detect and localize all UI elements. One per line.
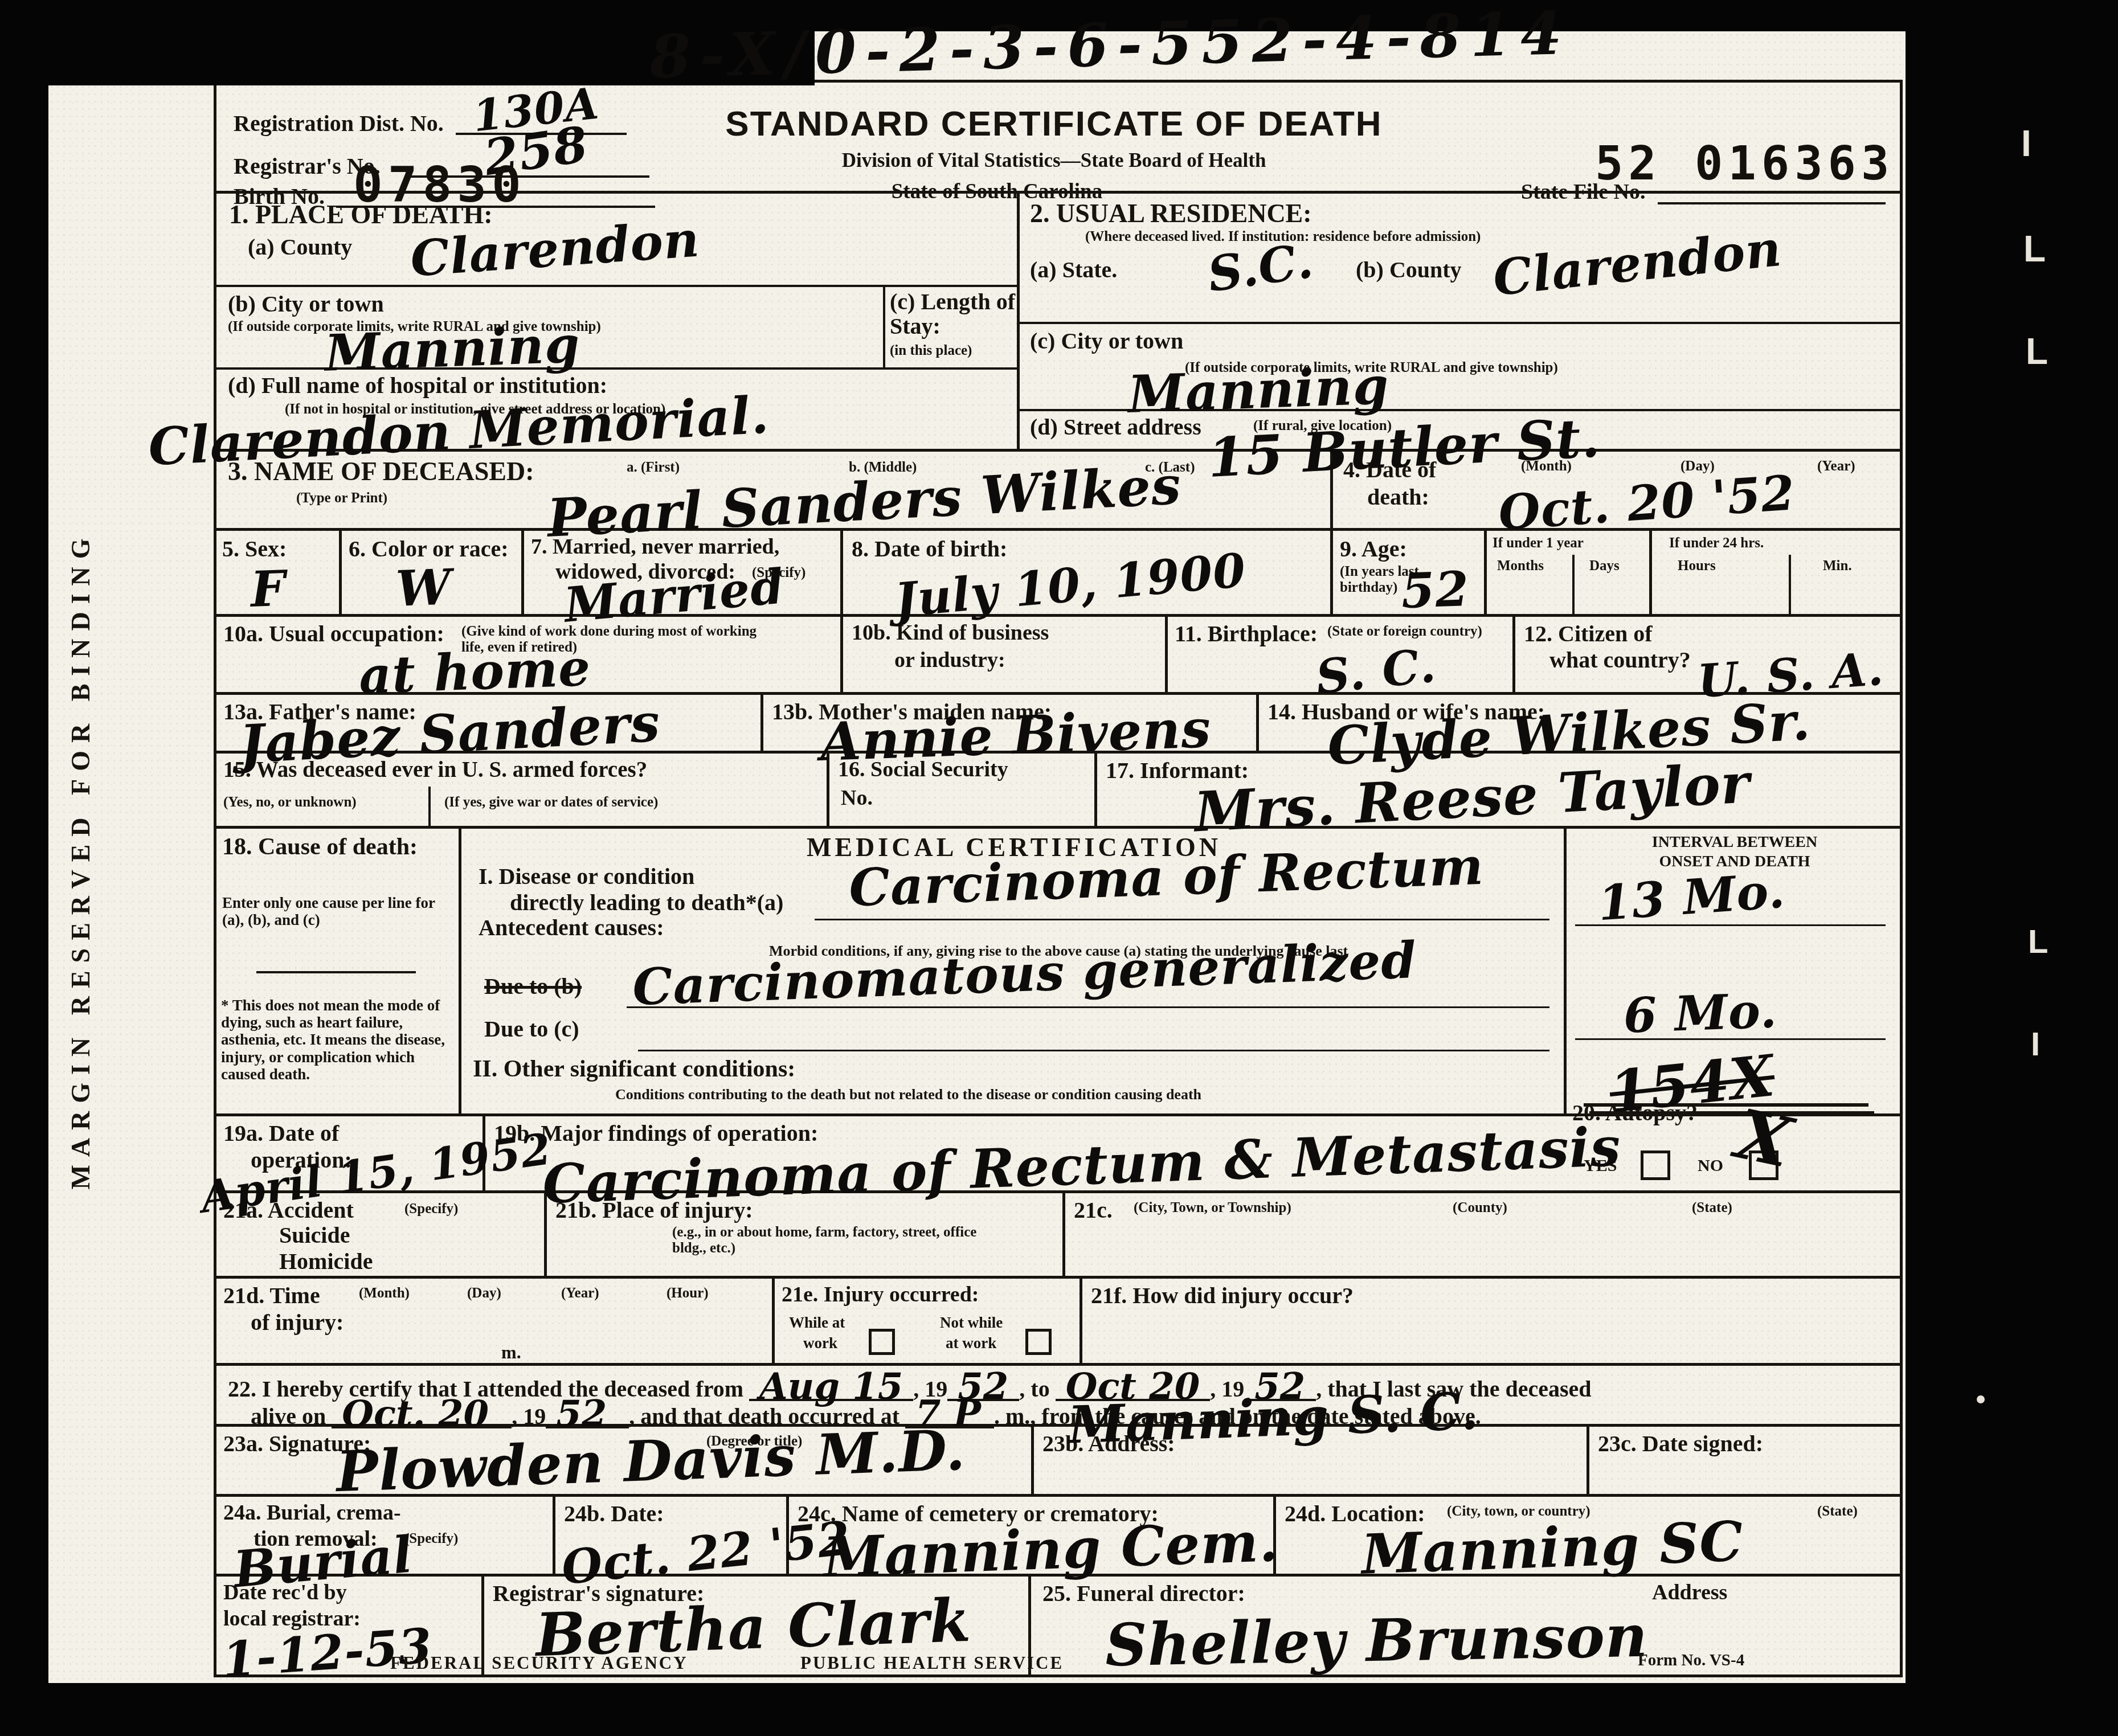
scan-artifact: L <box>2028 923 2048 961</box>
field-age: 9. Age: (In years last birthday) 52 <box>1330 531 1484 614</box>
divider-line <box>216 285 1017 287</box>
armed-forces-note1: (Yes, no, or unknown) <box>223 795 357 810</box>
name-sub: (Type or Print) <box>296 490 387 506</box>
row-name-dateofdeath: 3. NAME OF DECEASED: (Type or Print) a. … <box>216 452 1900 531</box>
hw-alive-on-year: 52 <box>546 1403 629 1428</box>
field-signature: 23a. Signature: (Degree or title) Plowde… <box>216 1427 1031 1494</box>
form-header: Registration Dist. No. 130A Registrar's … <box>216 83 1900 194</box>
row-forces-ssn-informant: 15. Was deceased ever in U. S. armed for… <box>216 754 1900 829</box>
hw-age: 52 <box>1401 565 1470 615</box>
hw-cemetery: Manning Cem. <box>823 1514 1279 1585</box>
how-injury-label: 21f. How did injury occur? <box>1091 1283 1354 1308</box>
injury-month-label: (Month) <box>359 1285 410 1301</box>
hw-burial-location: Manning SC <box>1361 1514 1745 1582</box>
usual-residence-heading: 2. USUAL RESIDENCE: <box>1030 199 1312 228</box>
row-place-residence: 1. PLACE OF DEATH: (a) County Clarendon … <box>216 194 1900 452</box>
field-age-under1: If under 1 year Months Days <box>1484 531 1649 614</box>
ssn-label2: No. <box>841 787 873 810</box>
hw-date-of-death: Oct. 20 '52 <box>1497 469 1797 537</box>
hw-physician-address: Manning S. C. <box>1068 1385 1480 1451</box>
interval-header1: INTERVAL BETWEEN <box>1567 833 1903 851</box>
occupation-label: 10a. Usual occupation: <box>223 621 444 646</box>
scan-artifact: I <box>2021 122 2031 165</box>
scan-artifact: I <box>2031 1025 2040 1063</box>
divider-line <box>1789 555 1791 615</box>
field-citizen: 12. Citizen of what country? U. S. A. <box>1512 617 1900 692</box>
certificate-paper: MARGIN RESERVED FOR BINDING N. B.—WRITE … <box>48 31 1906 1683</box>
margin-binding-text: MARGIN RESERVED FOR BINDING <box>66 219 105 1501</box>
antecedent-label: Antecedent causes: <box>479 915 664 940</box>
row-operation-autopsy: 19a. Date of operation: April 15, 1952 1… <box>216 1116 1900 1193</box>
injury-day-label: (Day) <box>467 1285 501 1301</box>
hw-alive-on: Oct. 20 <box>332 1403 512 1428</box>
not-while-checkbox <box>1025 1329 1052 1355</box>
field-date-signed: 23c. Date signed: <box>1587 1427 1900 1494</box>
field-mother: 13b. Mother's maiden name: Annie Bivens <box>760 695 1256 751</box>
autopsy-yes-checkbox <box>1641 1150 1670 1180</box>
row-occupation-birthplace: 10a. Usual occupation: (Give kind of wor… <box>216 617 1900 695</box>
injury-state-label: (State) <box>1692 1200 1732 1216</box>
citizen-label2: what country? <box>1549 648 1691 672</box>
row-signature: 23a. Signature: (Degree or title) Plowde… <box>216 1427 1900 1497</box>
row-cause-of-death: 18. Cause of death: Enter only one cause… <box>216 829 1900 1116</box>
field-burial-location: 24d. Location: (City, town, or country) … <box>1273 1497 1900 1574</box>
field-major-findings: 19b. Major findings of operation: Carcin… <box>483 1116 1709 1190</box>
row-parents-spouse: 13a. Father's name: Jabez Sanders 13b. M… <box>216 695 1900 754</box>
accident-specify-note: (Specify) <box>404 1201 458 1217</box>
hw-sex: F <box>250 564 287 615</box>
field-date-of-operation: 19a. Date of operation: April 15, 1952 <box>216 1116 483 1190</box>
age-label: 9. Age: <box>1340 537 1407 561</box>
armed-forces-note2: (If yes, give war or dates of service) <box>444 795 658 810</box>
field-autopsy: 20. Autopsy? YES NO X <box>1709 1116 1900 1190</box>
burial-location-state: (State) <box>1817 1504 1858 1520</box>
under24-min-label: Min. <box>1823 558 1852 574</box>
footer-agency: FEDERAL SECURITY AGENCY <box>390 1653 688 1672</box>
form-subtitle: Division of Vital Statistics—State Board… <box>627 150 1481 171</box>
injury-location-label: 21c. <box>1074 1198 1113 1222</box>
field-interval-column: INTERVAL BETWEEN ONSET AND DEATH 13 Mo. … <box>1564 829 1900 1113</box>
field-birthplace: 11. Birthplace: (State or foreign countr… <box>1165 617 1512 692</box>
hw-signature: Plowden Davis M.D. <box>336 1423 967 1501</box>
name-first-label: a. (First) <box>627 460 680 476</box>
field-physician-address: 23b. Address: Manning S. C. <box>1031 1427 1587 1494</box>
scan-artifact: L <box>2026 330 2048 372</box>
homicide-label: Homicide <box>279 1249 373 1274</box>
citizen-label1: 12. Citizen of <box>1524 621 1653 646</box>
hw-place-city: Manning <box>324 319 581 378</box>
field-burial-type: 24a. Burial, crema- tion removal: (Speci… <box>216 1497 553 1574</box>
footer-phs: PUBLIC HEALTH SERVICE <box>800 1653 1064 1672</box>
hw-residence-city: Manning <box>1127 360 1390 420</box>
row-certify-statement: 22. I hereby certify that I attended the… <box>216 1366 1900 1427</box>
burial-specify-note: (Specify) <box>404 1531 458 1547</box>
not-while-label1: Not while <box>940 1314 1003 1331</box>
hw-funeral-director: Shelley Brunson <box>1105 1607 1648 1675</box>
residence-city-label: (c) City or town <box>1030 329 1183 353</box>
injury-year-label: (Year) <box>561 1285 599 1301</box>
medcert-i-label2: directly leading to death*(a) <box>510 890 783 915</box>
injury-hour-label: (Hour) <box>667 1285 709 1301</box>
birthplace-note: (State or foreign country) <box>1327 624 1482 640</box>
funeral-address-label: Address <box>1652 1581 1727 1604</box>
field-place-of-death: 1. PLACE OF DEATH: (a) County Clarendon … <box>216 194 1017 449</box>
field-age-under24: If under 24 hrs. Hours Min. <box>1649 531 1900 614</box>
date-of-death-label2: death: <box>1367 485 1429 509</box>
burial-date-label: 24b. Date: <box>564 1501 664 1526</box>
dueto-c-label: Due to (c) <box>484 1017 579 1041</box>
divider-line <box>428 787 431 829</box>
dueto-b-label: Due to (b) <box>484 974 582 998</box>
hw-cause-b: Carcinomatous generalized <box>632 935 1417 1012</box>
divider-line <box>638 1050 1549 1051</box>
stamp-birth-no: 07830 <box>353 157 526 214</box>
field-medical-certification: MEDICAL CERTIFICATION I. Disease or cond… <box>459 829 1564 1113</box>
while-at-work-label2: work <box>803 1334 837 1352</box>
hw-informant: Mrs. Reese Taylor <box>1193 756 1751 840</box>
reg-dist-label: Registration Dist. No. <box>234 111 444 136</box>
place-county-label: (a) County <box>248 235 352 259</box>
residence-state-label: (a) State. <box>1030 257 1117 282</box>
place-city-label: (b) City or town <box>228 292 384 316</box>
under1-months-label: Months <box>1497 558 1544 574</box>
autopsy-no-label: NO <box>1698 1156 1723 1176</box>
field-cause-sidebar: 18. Cause of death: Enter only one cause… <box>216 829 459 1113</box>
injury-city-label: (City, Town, or Township) <box>1134 1200 1291 1216</box>
field-funeral-director: 25. Funeral director: Address Shelley Br… <box>1028 1577 1900 1674</box>
scan-artifact <box>1977 1395 1985 1403</box>
field-color-race: 6. Color or race: W <box>339 531 521 614</box>
injury-county-label: (County) <box>1453 1200 1507 1216</box>
place-of-injury-note: (e.g., in or about home, farm, factory, … <box>672 1225 1014 1256</box>
under24-label: If under 24 hrs. <box>1669 535 1764 551</box>
business-label1: 10b. Kind of business <box>852 621 1049 645</box>
funeral-director-label: 25. Funeral director: <box>1042 1581 1245 1606</box>
operation-date-label1: 19a. Date of <box>223 1121 339 1145</box>
row-burial: 24a. Burial, crema- tion removal: (Speci… <box>216 1497 1900 1577</box>
color-race-label: 6. Color or race: <box>349 537 509 561</box>
certify-text: alive on <box>251 1403 326 1429</box>
cause-note2: * This does not mean the mode of dying, … <box>221 997 452 1083</box>
field-burial-date: 24b. Date: Oct. 22 '52 <box>553 1497 786 1574</box>
hw-residence-state: S.C. <box>1205 236 1316 298</box>
divider-line <box>1020 322 1903 324</box>
field-time-of-injury: 21d. Time of injury: (Month) (Day) (Year… <box>216 1279 772 1363</box>
certify-text: , 19 <box>512 1403 546 1429</box>
field-occupation: 10a. Usual occupation: (Give kind of wor… <box>216 617 840 692</box>
cause-note1: Enter only one cause per line for (a), (… <box>222 894 447 928</box>
injury-m-label: m. <box>501 1342 521 1363</box>
other-conditions-label: II. Other significant conditions: <box>473 1057 795 1082</box>
field-injury-occurred: 21e. Injury occurred: While at work Not … <box>772 1279 1080 1363</box>
hw-burial: Burial <box>232 1529 415 1594</box>
length-of-stay-label: (c) Length of Stay: <box>890 289 1015 338</box>
business-label2: or industry: <box>894 649 1005 672</box>
burial-label1: 24a. Burial, crema- <box>223 1501 401 1525</box>
row-sex-race-birth-age: 5. Sex: F 6. Color or race: W 7. Married… <box>216 531 1900 617</box>
while-at-work-checkbox <box>869 1329 895 1355</box>
field-how-injury: 21f. How did injury occur? <box>1080 1279 1900 1363</box>
birthplace-label: 11. Birthplace: <box>1175 621 1318 646</box>
under1-days-label: Days <box>1589 558 1620 574</box>
footer-form-no: Form No. VS-4 <box>1638 1652 1744 1669</box>
other-conditions-note: Conditions contributing to the death but… <box>615 1086 1201 1103</box>
hw-birthplace: S. C. <box>1314 642 1438 701</box>
suicide-label: Suicide <box>279 1223 350 1247</box>
not-while-label2: at work <box>946 1334 996 1352</box>
under24-hours-label: Hours <box>1678 558 1716 574</box>
divider-line <box>256 971 416 973</box>
hw-mother: Annie Bivens <box>820 702 1212 768</box>
field-business: 10b. Kind of business or industry: <box>840 617 1165 692</box>
length-of-stay-note: (in this place) <box>890 343 972 359</box>
row-injury-time: 21d. Time of injury: (Month) (Day) (Year… <box>216 1279 1900 1366</box>
hw-interval-b: 6 Mo. <box>1623 986 1778 1039</box>
scan-artifact: L <box>2023 228 2046 270</box>
hw-color-race: W <box>395 563 453 613</box>
dod-year-label: (Year) <box>1817 458 1855 474</box>
injury-occurred-label: 21e. Injury occurred: <box>782 1283 979 1307</box>
field-spouse: 14. Husband or wife's name: Clyde Wilkes… <box>1256 695 1900 751</box>
certificate-form: Registration Dist. No. 130A Registrar's … <box>214 80 1903 1677</box>
cause-heading: 18. Cause of death: <box>222 834 450 860</box>
date-signed-label: 23c. Date signed: <box>1598 1431 1763 1456</box>
field-father: 13a. Father's name: Jabez Sanders <box>216 695 760 751</box>
field-sex: 5. Sex: F <box>216 531 339 614</box>
time-of-injury-label1: 21d. Time <box>223 1283 320 1308</box>
sex-label: 5. Sex: <box>222 537 287 561</box>
form-title: STANDARD CERTIFICATE OF DEATH <box>627 105 1481 144</box>
medcert-i-label1: I. Disease or condition <box>479 864 694 889</box>
divider-line <box>883 285 885 367</box>
certify-text: , to <box>1019 1376 1049 1402</box>
time-of-injury-label2: of injury: <box>251 1310 344 1334</box>
dob-label: 8. Date of birth: <box>852 537 1007 561</box>
field-date-of-birth: 8. Date of birth: July 10, 1900 <box>840 531 1330 614</box>
row-injury-place: 21a. Accident (Specify) Suicide Homicide… <box>216 1193 1900 1279</box>
field-injury-location: 21c. (City, Town, or Township) (County) … <box>1062 1193 1900 1276</box>
stamp-state-file-no: 52 016363 <box>1595 137 1894 191</box>
hw-occupation: at home <box>358 642 592 701</box>
divider-line <box>815 919 1549 920</box>
field-informant: 17. Informant: Mrs. Reese Taylor <box>1094 754 1900 826</box>
residence-county-label: (b) County <box>1356 257 1462 282</box>
hw-interval-a: 13 Mo. <box>1596 867 1786 928</box>
field-usual-residence: 2. USUAL RESIDENCE: (Where deceased live… <box>1017 194 1900 449</box>
hw-residence-county: Clarendon <box>1491 224 1784 304</box>
while-at-work-label1: While at <box>789 1314 845 1331</box>
divider-line <box>1572 555 1575 615</box>
scanned-death-certificate: MARGIN RESERVED FOR BINDING N. B.—WRITE … <box>0 0 2118 1736</box>
hw-attended-from: Aug 15 <box>749 1376 913 1401</box>
field-cemetery: 24c. Name of cemetery or crematory: Mann… <box>786 1497 1273 1574</box>
